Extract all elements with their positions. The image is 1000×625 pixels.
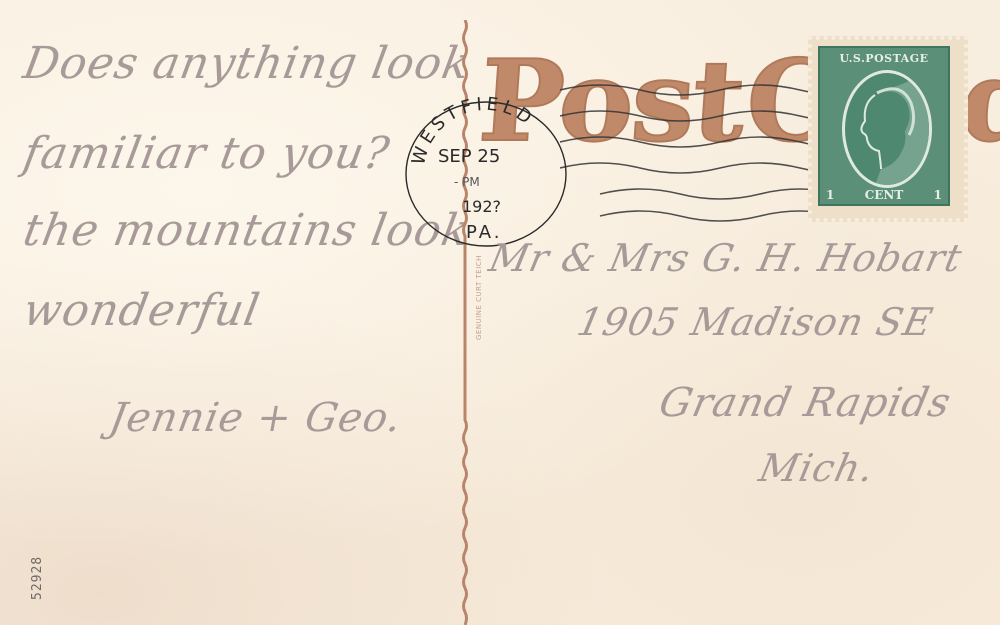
stamp-denomination-text: CENT xyxy=(865,188,904,202)
washington-portrait-icon xyxy=(842,70,932,188)
address-line-2: 1905 Madison SE xyxy=(573,300,937,344)
message-line-4: wonderful xyxy=(20,285,264,336)
postmark-time: - PM xyxy=(454,175,480,189)
stamp-face: U.S.POSTAGE 1 CENT 1 xyxy=(818,46,950,206)
address-line-3: Grand Rapids xyxy=(655,380,955,426)
stamp-top-text: U.S.POSTAGE xyxy=(820,52,948,65)
postcard-back: Does anything look familiar to you? the … xyxy=(0,0,1000,625)
message-line-1: Does anything look xyxy=(20,38,475,89)
address-line-4: Mich. xyxy=(755,446,878,490)
stamp-denomination-left: 1 xyxy=(826,188,834,202)
postage-stamp: U.S.POSTAGE 1 CENT 1 xyxy=(808,36,968,222)
message-line-2: familiar to you? xyxy=(20,128,394,179)
address-line-1: Mr & Mrs G. H. Hobart xyxy=(485,236,966,280)
serial-number: 52928 xyxy=(30,556,45,600)
stamp-denomination: 1 CENT 1 xyxy=(820,188,948,202)
postmark-year: 192? xyxy=(462,197,501,216)
stamp-denomination-right: 1 xyxy=(934,188,942,202)
postmark: WESTFIELD SEP 25 - PM 192? PA. xyxy=(402,92,572,252)
postmark-date: SEP 25 xyxy=(438,146,500,167)
divider-imprint: GENUINE CURT TEICH xyxy=(475,255,483,340)
signature: Jennie + Geo. xyxy=(106,395,405,441)
